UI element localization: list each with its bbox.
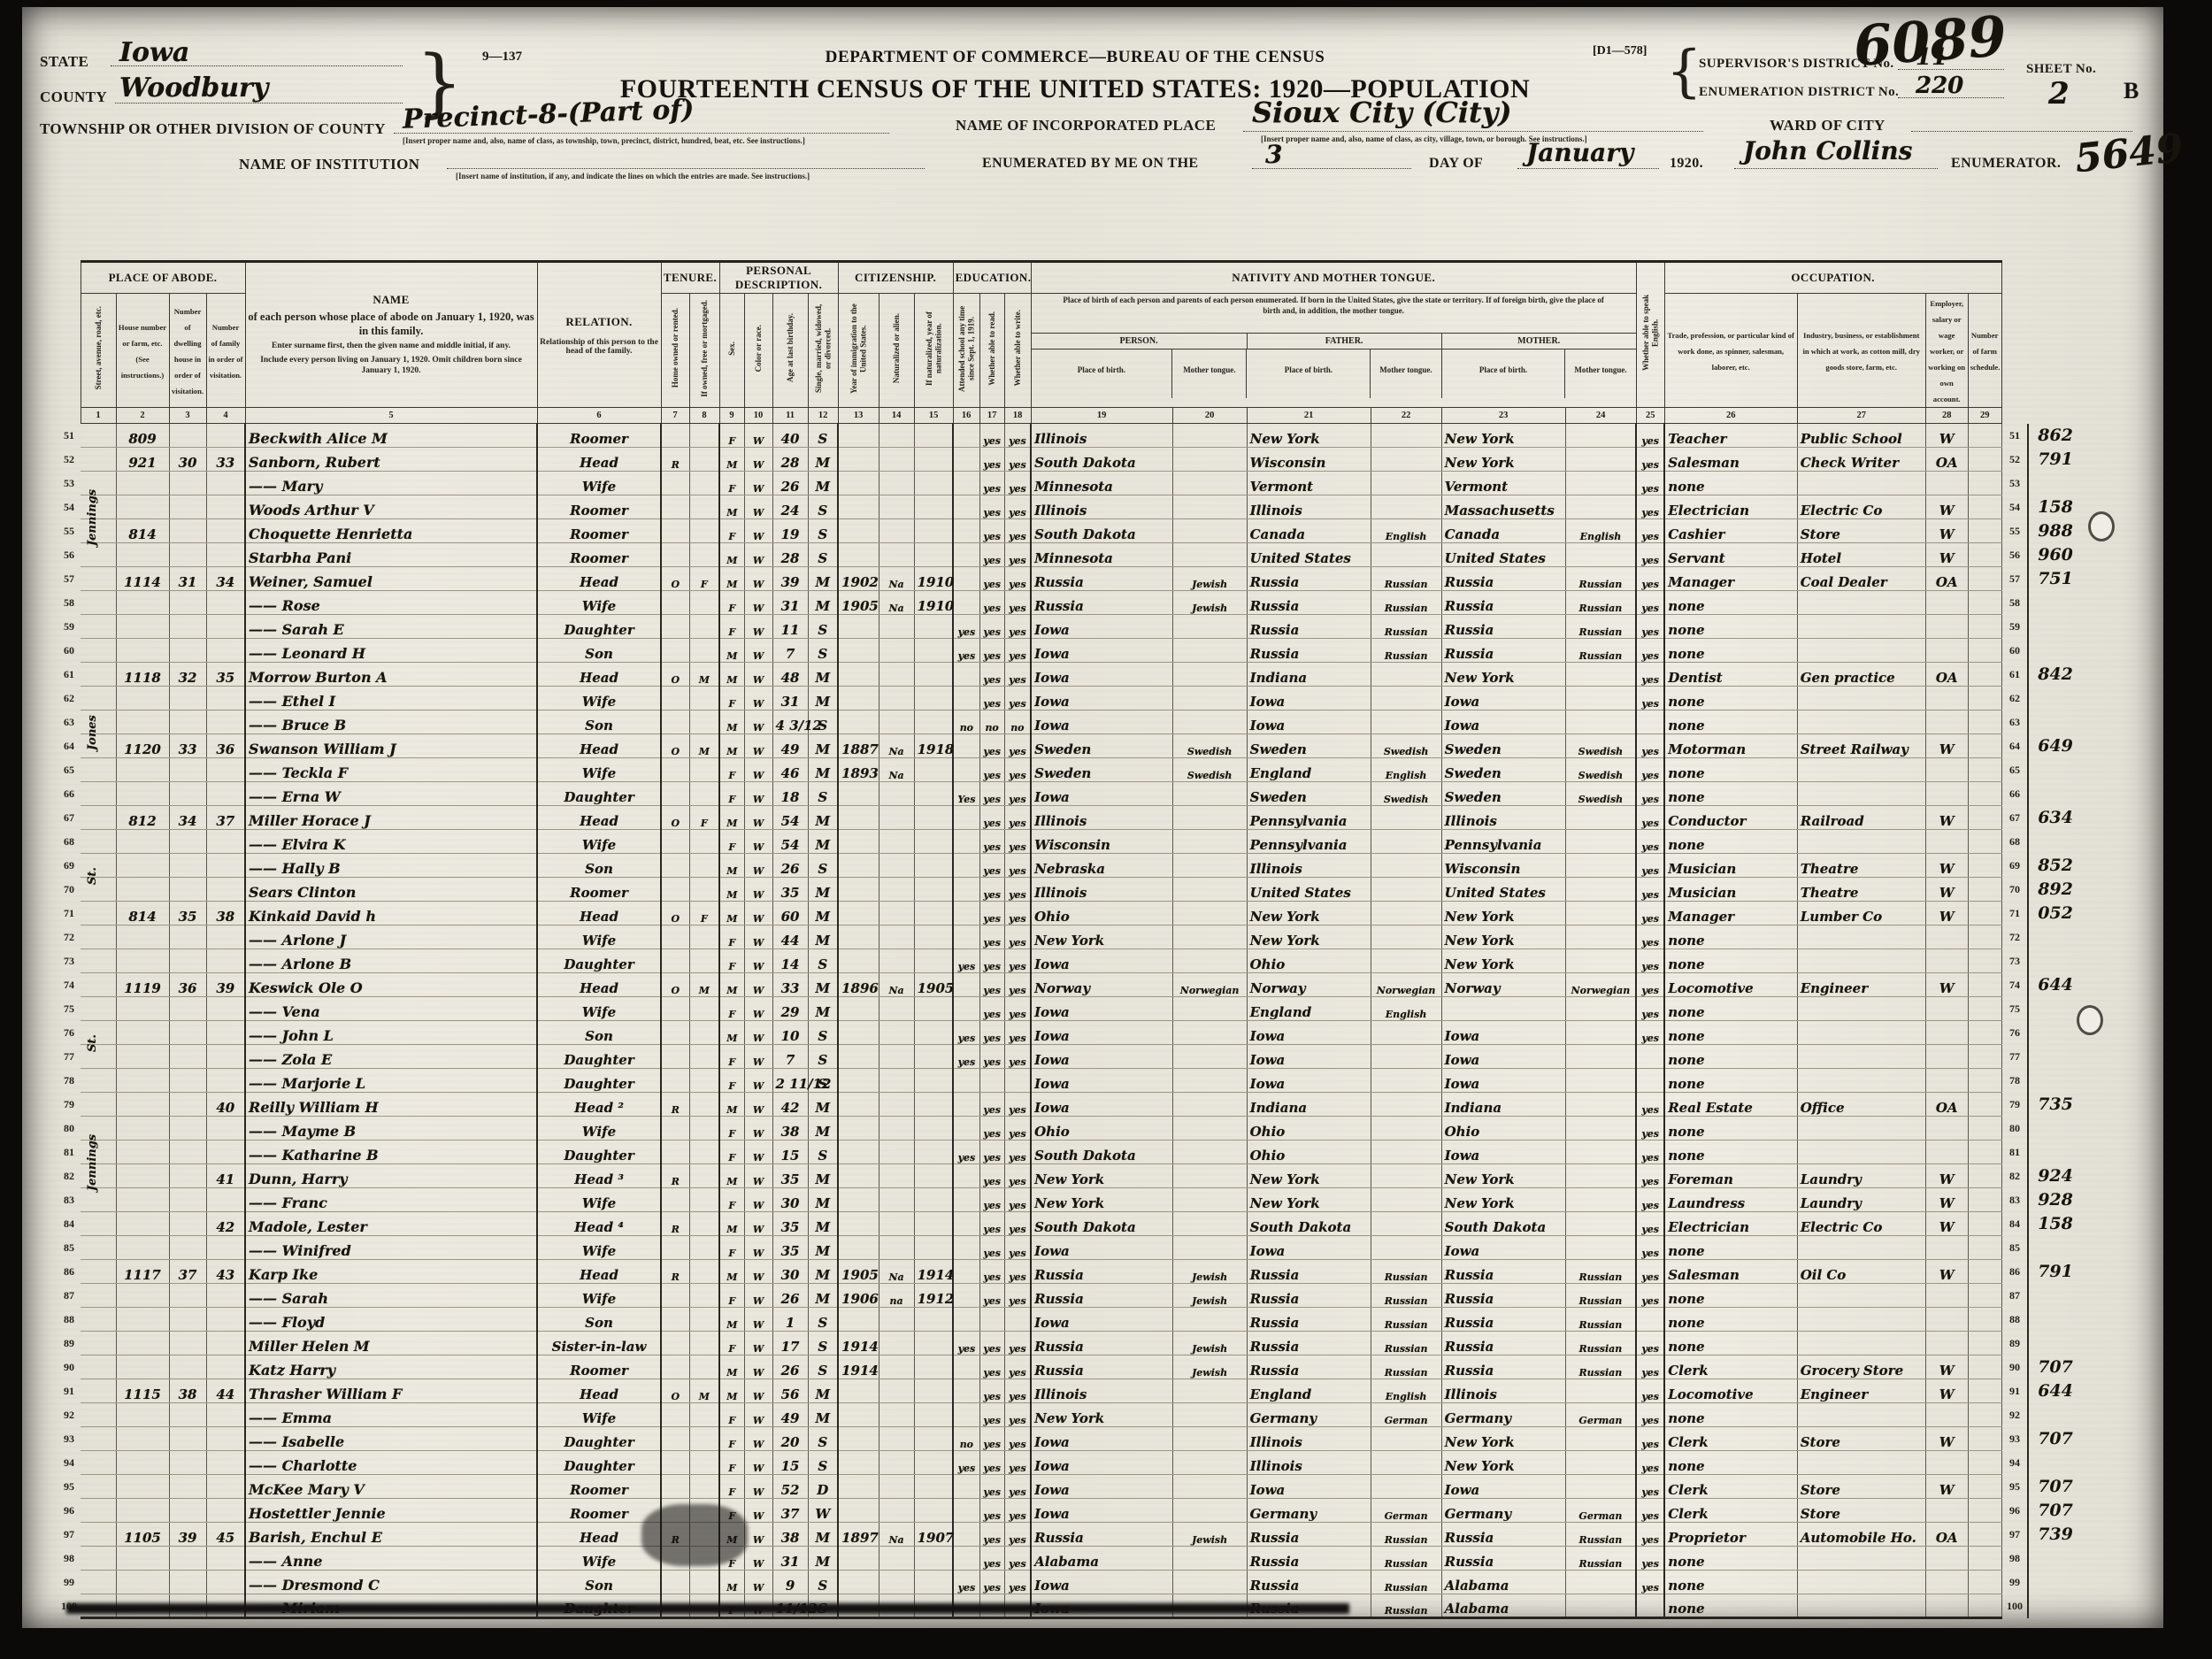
- street-name: Jennings: [86, 451, 99, 584]
- cell-oc: none: [1664, 1332, 1797, 1356]
- cell-margin-number: 644: [2028, 1379, 2092, 1403]
- cell-fb: Iowa: [1247, 1045, 1371, 1069]
- cell-oc: none: [1664, 830, 1797, 854]
- person-row: 94—— CharlotteDaughterFW15SyesyesyesIowa…: [58, 1451, 2092, 1475]
- cell-hn: [116, 854, 169, 878]
- cell-emp: W: [1925, 1379, 1968, 1403]
- cell-wr: yes: [1004, 926, 1031, 949]
- cell-ln: 64: [58, 734, 81, 758]
- cell-emp: W: [1925, 543, 1968, 567]
- cell-fs: [1968, 1427, 2001, 1451]
- cell-rd: yes: [979, 830, 1004, 854]
- cell-mtg: [1565, 448, 1636, 472]
- cell-ln: 56: [58, 543, 81, 567]
- cell-mor: [689, 854, 719, 878]
- cell-name: —— Hally B: [245, 854, 537, 878]
- cell-sex: M: [719, 663, 744, 687]
- cell-ind: [1797, 997, 1925, 1021]
- cell-fm: 44: [206, 1379, 245, 1403]
- cell-mtg: [1565, 472, 1636, 495]
- cell-wr: yes: [1004, 1045, 1031, 1069]
- cell-ln: 76: [58, 1021, 81, 1045]
- cell-mb: Russia: [1441, 1284, 1565, 1308]
- cell-en: yes: [1636, 639, 1664, 663]
- cell-ft: [1371, 472, 1441, 495]
- cell-margin-number: 791: [2028, 1260, 2092, 1284]
- cell-margin-number: [2028, 949, 2092, 973]
- cell-ln: 96: [58, 1499, 81, 1523]
- cell-fb: Iowa: [1247, 710, 1371, 734]
- cell-emp: W: [1925, 902, 1968, 926]
- cell-ind: Store: [1797, 519, 1925, 543]
- cell-sch: yes: [953, 1451, 979, 1475]
- cell-oc: Clerk: [1664, 1427, 1797, 1451]
- cell-en: yes: [1636, 1403, 1664, 1427]
- cell-dw: [169, 1069, 206, 1093]
- cell-mtg: [1565, 1236, 1636, 1260]
- cell-oc: none: [1664, 1571, 1797, 1594]
- cell-mb: Russia: [1441, 1260, 1565, 1284]
- cell-ln: 53: [58, 472, 81, 495]
- cell-mtg: [1565, 424, 1636, 448]
- cell-ten: [661, 830, 689, 854]
- cell-age: 2 11/12: [772, 1069, 808, 1093]
- cell-margin-number: [2028, 1571, 2092, 1594]
- cell-st: Jennings: [81, 1093, 116, 1117]
- cell-st: [81, 949, 116, 973]
- cell-im: 1893: [838, 758, 879, 782]
- cell-age: 37: [772, 1499, 808, 1523]
- cell-dw: [169, 472, 206, 495]
- cell-mar: M: [808, 687, 838, 710]
- cell-mt: [1172, 1475, 1247, 1499]
- cell-fm: [206, 1499, 245, 1523]
- cell-margin-number: [2028, 1117, 2092, 1141]
- cell-wr: yes: [1004, 1117, 1031, 1141]
- cell-fm: 39: [206, 973, 245, 997]
- cell-name: Katz Harry: [245, 1356, 537, 1379]
- scanned-census-sheet: { "header": { "form_no": "9—137", "depar…: [0, 0, 2212, 1659]
- cell-ln: 98: [58, 1547, 81, 1571]
- cell-ft: Swedish: [1371, 734, 1441, 758]
- cell-name: —— Winifred: [245, 1236, 537, 1260]
- cell-mb: Pennsylvania: [1441, 830, 1565, 854]
- cell-right-line-number: 75: [2001, 997, 2028, 1021]
- cell-ny: [914, 1475, 953, 1499]
- cell-mor: [689, 1260, 719, 1284]
- cell-fb: Pennsylvania: [1247, 830, 1371, 854]
- cell-oc: none: [1664, 1141, 1797, 1164]
- person-row: 73—— Arlone BDaughterFW14SyesyesyesIowaO…: [58, 949, 2092, 973]
- cell-dw: [169, 687, 206, 710]
- cell-rd: yes: [979, 567, 1004, 591]
- cell-age: 15: [772, 1141, 808, 1164]
- cell-en: yes: [1636, 830, 1664, 854]
- cell-ny: [914, 519, 953, 543]
- cell-age: 14: [772, 949, 808, 973]
- cell-im: [838, 1475, 879, 1499]
- cell-oc: Motorman: [1664, 734, 1797, 758]
- cell-fm: [206, 495, 245, 519]
- enumerator-name: John Collins: [1743, 136, 1912, 165]
- cell-fb: Illinois: [1247, 1451, 1371, 1475]
- cell-name: Starbha Pani: [245, 543, 537, 567]
- cell-ft: Russian: [1371, 1284, 1441, 1308]
- cell-age: 1: [772, 1308, 808, 1332]
- cell-col: W: [744, 495, 772, 519]
- col-mortgage-header: If owned, free or mortgaged.: [689, 294, 719, 408]
- cell-mar: M: [808, 878, 838, 902]
- cell-rel: Daughter: [537, 782, 661, 806]
- column-number: 1: [81, 408, 116, 424]
- cell-sex: M: [719, 1164, 744, 1188]
- cell-fb: New York: [1247, 1164, 1371, 1188]
- cell-dw: [169, 1499, 206, 1523]
- cell-name: —— John L: [245, 1021, 537, 1045]
- cell-na: [879, 1236, 914, 1260]
- cell-fm: [206, 519, 245, 543]
- cell-emp: W: [1925, 806, 1968, 830]
- cell-ny: [914, 1499, 953, 1523]
- cell-ft: [1371, 830, 1441, 854]
- person-row: 76—— John LSonMW10SyesyesyesIowaIowaIowa…: [58, 1021, 2092, 1045]
- cell-ind: Theatre: [1797, 854, 1925, 878]
- cell-emp: [1925, 1021, 1968, 1045]
- farm-schedule-label: Number of farm schedule.: [1970, 331, 2001, 372]
- cell-ten: O: [661, 973, 689, 997]
- person-row: 83—— FrancWifeFW30MyesyesNew YorkNew Yor…: [58, 1188, 2092, 1212]
- cell-rel: Roomer: [537, 519, 661, 543]
- cell-ft: [1371, 495, 1441, 519]
- cell-right-line-number: 98: [2001, 1547, 2028, 1571]
- cell-sex: M: [719, 1093, 744, 1117]
- cell-wr: yes: [1004, 1451, 1031, 1475]
- ward-underline: [1911, 131, 2132, 132]
- cell-im: [838, 615, 879, 639]
- cell-im: [838, 495, 879, 519]
- cell-mor: [689, 1236, 719, 1260]
- cell-oc: Manager: [1664, 567, 1797, 591]
- cell-wr: yes: [1004, 806, 1031, 830]
- cell-fm: 36: [206, 734, 245, 758]
- sheet-suffix: B: [2124, 78, 2139, 104]
- cell-age: 7: [772, 639, 808, 663]
- person-row: 52Jennings9213033Sanborn, RubertHeadRMW2…: [58, 448, 2092, 472]
- cell-im: 1905: [838, 1260, 879, 1284]
- cell-sex: F: [719, 1332, 744, 1356]
- cell-en: yes: [1636, 926, 1664, 949]
- cell-im: [838, 997, 879, 1021]
- group-occupation: OCCUPATION.: [1664, 262, 2001, 294]
- cell-st: [81, 1475, 116, 1499]
- cell-mt: [1172, 424, 1247, 448]
- cell-sch: [953, 448, 979, 472]
- cell-fb: Iowa: [1247, 1021, 1371, 1045]
- cell-sch: [953, 472, 979, 495]
- cell-mtg: German: [1565, 1403, 1636, 1427]
- cell-sex: F: [719, 830, 744, 854]
- cell-emp: [1925, 758, 1968, 782]
- cell-rd: yes: [979, 1212, 1004, 1236]
- cell-col: W: [744, 1188, 772, 1212]
- cell-oc: none: [1664, 1117, 1797, 1141]
- cell-fb: Russia: [1247, 1547, 1371, 1571]
- cell-na: [879, 1069, 914, 1093]
- cell-right-line-number: 77: [2001, 1045, 2028, 1069]
- cell-rd: yes: [979, 1021, 1004, 1045]
- cell-rel: Wife: [537, 1547, 661, 1571]
- cell-rel: Daughter: [537, 1141, 661, 1164]
- cell-rel: Wife: [537, 1236, 661, 1260]
- column-number: 27: [1797, 408, 1925, 424]
- father-pob-label: Place of birth.: [1246, 349, 1370, 398]
- cell-wr: yes: [1004, 902, 1031, 926]
- cell-name: —— Bruce B: [245, 710, 537, 734]
- cell-en: yes: [1636, 1571, 1664, 1594]
- cell-fs: [1968, 734, 2001, 758]
- cell-en: yes: [1636, 424, 1664, 448]
- person-row: 56Starbha PaniRoomerMW28SyesyesMinnesota…: [58, 543, 2092, 567]
- column-number: 11: [772, 408, 808, 424]
- cell-dw: [169, 926, 206, 949]
- cell-right-line-number: 66: [2001, 782, 2028, 806]
- cell-sex: F: [719, 1427, 744, 1451]
- township-underline: [394, 133, 889, 134]
- cell-pb: Iowa: [1031, 1451, 1172, 1475]
- cell-im: [838, 1069, 879, 1093]
- cell-fb: New York: [1247, 424, 1371, 448]
- cell-col: W: [744, 878, 772, 902]
- cell-emp: [1925, 1403, 1968, 1427]
- cell-name: —— Franc: [245, 1188, 537, 1212]
- cell-fm: [206, 1284, 245, 1308]
- cell-rel: Wife: [537, 591, 661, 615]
- cell-ten: [661, 710, 689, 734]
- cell-fb: Russia: [1247, 1308, 1371, 1332]
- cell-col: W: [744, 1379, 772, 1403]
- cell-rd: yes: [979, 1117, 1004, 1141]
- cell-mt: [1172, 1308, 1247, 1332]
- cell-en: yes: [1636, 878, 1664, 902]
- cell-right-line-number: 86: [2001, 1260, 2028, 1284]
- cell-na: [879, 1332, 914, 1356]
- cell-name: —— Anne: [245, 1547, 537, 1571]
- cell-sex: F: [719, 1403, 744, 1427]
- cell-hn: 809: [116, 424, 169, 448]
- cell-name: —— Erna W: [245, 782, 537, 806]
- cell-mor: [689, 710, 719, 734]
- cell-mtg: Russian: [1565, 1284, 1636, 1308]
- cell-col: W: [744, 615, 772, 639]
- cell-mt: [1172, 854, 1247, 878]
- cell-emp: [1925, 472, 1968, 495]
- cell-fs: [1968, 1093, 2001, 1117]
- cell-im: 1897: [838, 1523, 879, 1547]
- cell-pb: Illinois: [1031, 495, 1172, 519]
- left-margin-col: [58, 262, 81, 424]
- cell-ten: [661, 1284, 689, 1308]
- cell-hn: [116, 926, 169, 949]
- cell-rel: Daughter: [537, 1069, 661, 1093]
- cell-mt: Norwegian: [1172, 973, 1247, 997]
- cell-sex: M: [719, 734, 744, 758]
- person-row: 96Hostettler JennieRoomerFW37WyesyesIowa…: [58, 1499, 2092, 1523]
- cell-en: yes: [1636, 1451, 1664, 1475]
- cell-fm: 43: [206, 1260, 245, 1284]
- cell-dw: [169, 1403, 206, 1427]
- cell-ind: [1797, 472, 1925, 495]
- person-row: 5711143134Weiner, SamuelHeadOFMW39M1902N…: [58, 567, 2092, 591]
- cell-ft: [1371, 543, 1441, 567]
- cell-ind: [1797, 782, 1925, 806]
- cell-wr: yes: [1004, 758, 1031, 782]
- cell-ten: [661, 543, 689, 567]
- cell-oc: Real Estate: [1664, 1093, 1797, 1117]
- cell-mtg: [1565, 1379, 1636, 1403]
- cell-ind: Store: [1797, 1475, 1925, 1499]
- cell-ind: Grocery Store: [1797, 1356, 1925, 1379]
- cell-hn: [116, 1403, 169, 1427]
- cell-im: [838, 1308, 879, 1332]
- cell-pb: Wisconsin: [1031, 830, 1172, 854]
- col-naturalized-header: Naturalized or alien.: [879, 294, 914, 408]
- person-row: 60—— Leonard HSonMW7SyesyesyesIowaRussia…: [58, 639, 2092, 663]
- cell-margin-number: [2028, 1045, 2092, 1069]
- cell-ten: [661, 949, 689, 973]
- institution-label: NAME OF INSTITUTION: [239, 156, 419, 173]
- column-number: 21: [1247, 408, 1371, 424]
- cell-fb: United States: [1247, 878, 1371, 902]
- cell-rel: Head ²: [537, 1093, 661, 1117]
- cell-ind: [1797, 758, 1925, 782]
- cell-na: [879, 1093, 914, 1117]
- cell-mtg: [1565, 495, 1636, 519]
- cell-mar: M: [808, 1523, 838, 1547]
- cell-right-line-number: 63: [2001, 710, 2028, 734]
- cell-mb: Sweden: [1441, 734, 1565, 758]
- cell-right-line-number: 60: [2001, 639, 2028, 663]
- cell-mb: Germany: [1441, 1499, 1565, 1523]
- cell-ny: 1914: [914, 1260, 953, 1284]
- sheet-scrawl: 6089: [1852, 4, 2008, 79]
- cell-ft: English: [1371, 758, 1441, 782]
- cell-hn: [116, 1021, 169, 1045]
- column-number: 13: [838, 408, 879, 424]
- cell-fs: [1968, 424, 2001, 448]
- hole-punch-icon: [2077, 1005, 2103, 1035]
- cell-dw: [169, 758, 206, 782]
- cell-hn: [116, 687, 169, 710]
- cell-ind: Office: [1797, 1093, 1925, 1117]
- cell-col: W: [744, 997, 772, 1021]
- cell-emp: [1925, 687, 1968, 710]
- able-to-write-label: Whether able to write.: [1013, 310, 1022, 386]
- cell-ln: 86: [58, 1260, 81, 1284]
- column-number: 25: [1636, 408, 1664, 424]
- cell-mt: [1172, 448, 1247, 472]
- cell-ft: [1371, 902, 1441, 926]
- cell-ny: [914, 997, 953, 1021]
- cell-dw: [169, 1475, 206, 1499]
- cell-en: yes: [1636, 1093, 1664, 1117]
- cell-wr: yes: [1004, 1379, 1031, 1403]
- cell-wr: yes: [1004, 854, 1031, 878]
- cell-rd: yes: [979, 1403, 1004, 1427]
- cell-hn: [116, 472, 169, 495]
- cell-name: —— Vena: [245, 997, 537, 1021]
- cell-sch: [953, 854, 979, 878]
- cell-mtg: Russian: [1565, 1523, 1636, 1547]
- cell-rel: Head: [537, 448, 661, 472]
- cell-pb: Russia: [1031, 1260, 1172, 1284]
- cell-hn: [116, 1045, 169, 1069]
- cell-rd: yes: [979, 854, 1004, 878]
- cell-mor: M: [689, 1379, 719, 1403]
- column-numbers-row: 1234567891011121314151617181920212223242…: [58, 408, 2092, 424]
- cell-age: 46: [772, 758, 808, 782]
- cell-margin-number: 158: [2028, 495, 2092, 519]
- cell-ny: [914, 472, 953, 495]
- cell-fb: United States: [1247, 543, 1371, 567]
- cell-im: [838, 878, 879, 902]
- cell-ind: [1797, 926, 1925, 949]
- person-row: 69—— Hally BSonMW26SyesyesNebraskaIllino…: [58, 854, 2092, 878]
- cell-fm: [206, 1427, 245, 1451]
- cell-ft: Russian: [1371, 1332, 1441, 1356]
- cell-ny: [914, 663, 953, 687]
- cell-fs: [1968, 591, 2001, 615]
- cell-na: [879, 472, 914, 495]
- cell-rd: yes: [979, 1045, 1004, 1069]
- cell-sex: M: [719, 1379, 744, 1403]
- cell-right-line-number: 68: [2001, 830, 2028, 854]
- cell-sex: F: [719, 758, 744, 782]
- person-row: 718143538Kinkaid David hHeadOFMW60Myesye…: [58, 902, 2092, 926]
- cell-name: Madole, Lester: [245, 1212, 537, 1236]
- cell-dw: [169, 997, 206, 1021]
- cell-emp: OA: [1925, 1523, 1968, 1547]
- cell-na: [879, 710, 914, 734]
- cell-rel: Wife: [537, 472, 661, 495]
- cell-wr: yes: [1004, 1403, 1031, 1427]
- cell-right-line-number: 85: [2001, 1236, 2028, 1260]
- cell-fm: 41: [206, 1164, 245, 1188]
- cell-col: W: [744, 1093, 772, 1117]
- cell-col: W: [744, 902, 772, 926]
- cell-right-line-number: 70: [2001, 878, 2028, 902]
- cell-wr: yes: [1004, 1547, 1031, 1571]
- cell-mar: S: [808, 782, 838, 806]
- cell-right-line-number: 61: [2001, 663, 2028, 687]
- cell-age: 35: [772, 878, 808, 902]
- cell-ind: [1797, 830, 1925, 854]
- cell-fb: Ohio: [1247, 1141, 1371, 1164]
- cell-right-line-number: 52: [2001, 448, 2028, 472]
- cell-en: yes: [1636, 543, 1664, 567]
- cell-rd: yes: [979, 782, 1004, 806]
- cell-dw: 39: [169, 1523, 206, 1547]
- cell-fb: England: [1247, 1379, 1371, 1403]
- cell-ind: [1797, 1451, 1925, 1475]
- cell-na: [879, 424, 914, 448]
- ward-label: WARD OF CITY: [1770, 117, 1886, 134]
- cell-mt: [1172, 1571, 1247, 1594]
- cell-mb: Indiana: [1441, 1093, 1565, 1117]
- cell-mtg: [1565, 1594, 1636, 1618]
- cell-mtg: [1565, 1164, 1636, 1188]
- cell-mb: Canada: [1441, 519, 1565, 543]
- cell-mb: Norway: [1441, 973, 1565, 997]
